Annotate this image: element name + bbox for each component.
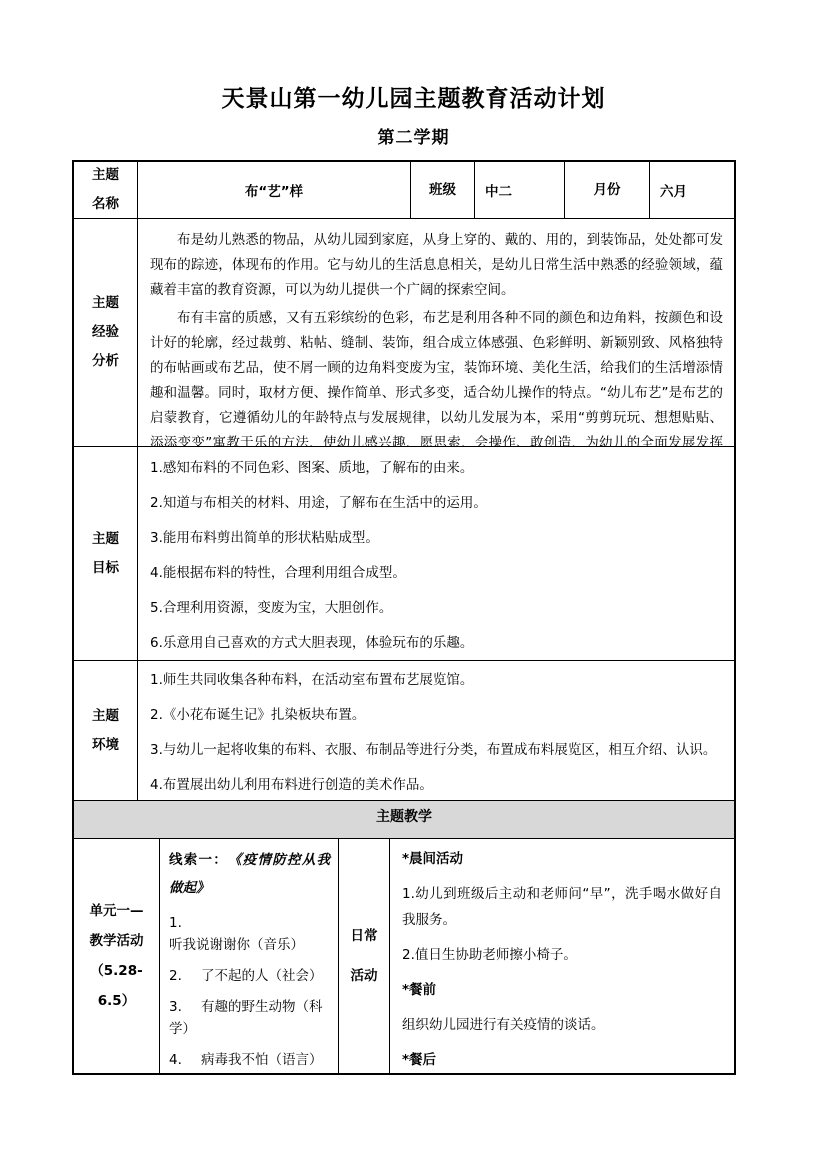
- morning-activity-item: 1.幼儿到班级后主动和老师问“早”，洗手喝水做好自我服务。: [402, 881, 722, 933]
- page-title: 天景山第一幼儿园主题教育活动计划: [0, 80, 827, 113]
- table-row-environment: 主题 环境 1.师生共同收集各种布料，在活动室布置布艺展览馆。 2.《小花布诞生…: [74, 660, 734, 800]
- table-row-unit1: 单元一— 教学活动 （5.28- 6.5） 线索一：《疫情防控从我做起》 1.听…: [74, 838, 734, 1073]
- morning-activity-heading: *晨间活动: [402, 846, 722, 872]
- environment-body: 1.师生共同收集各种布料，在活动室布置布艺展览馆。 2.《小花布诞生记》扎染板块…: [137, 661, 734, 800]
- class-value: 中二: [474, 162, 564, 218]
- activity-number: 4.: [169, 1049, 183, 1071]
- analysis-label: 主题 经验 分析: [74, 219, 137, 446]
- goal-item: 1.感知布料的不同色彩、图案、质地，了解布的由来。: [150, 458, 723, 479]
- unit1-label: 单元一— 教学活动 （5.28- 6.5）: [74, 839, 159, 1073]
- daily-activity-label: 日常 活动: [338, 839, 389, 1073]
- activity-text: 有趣的野生动物（科学）: [169, 999, 323, 1037]
- goal-item: 5.合理利用资源，变废为宝，大胆创作。: [150, 598, 723, 619]
- goal-item: 4.能根据布料的特性，合理利用组合成型。: [150, 563, 723, 584]
- table-row-teaching-banner: 主题教学: [74, 800, 734, 838]
- table-row-theme-name: 主题 名称 布“艺”样 班级 中二 月份 六月: [74, 162, 734, 218]
- clue-heading: 线索一：《疫情防控从我做起》: [169, 846, 330, 902]
- activity-number: 2.: [169, 965, 183, 987]
- activity-item: 1.听我说谢谢你（音乐）: [169, 912, 330, 956]
- environment-item: 2.《小花布诞生记》扎染板块布置。: [150, 705, 723, 726]
- clue-prefix: 线索一：: [169, 852, 228, 868]
- activity-number: 3.: [169, 996, 183, 1018]
- environment-item: 1.师生共同收集各种布料，在活动室布置布艺展览馆。: [150, 670, 723, 691]
- month-label: 月份: [564, 162, 649, 218]
- analysis-body: 布是幼儿熟悉的物品，从幼儿园到家庭，从身上穿的、戴的、用的，到装饰品，处处都可发…: [137, 219, 734, 446]
- morning-activity-item: 2.值日生协助老师擦小椅子。: [402, 942, 722, 968]
- page-subtitle: 第二学期: [0, 123, 827, 148]
- theme-name-value: 布“艺”样: [137, 162, 410, 218]
- analysis-paragraph-2: 布有丰富的质感，又有五彩缤纷的色彩，布艺是利用各种不同的颜色和边角料，按颜色和设…: [150, 306, 723, 446]
- goals-body: 1.感知布料的不同色彩、图案、质地，了解布的由来。 2.知道与布相关的材料、用途…: [137, 447, 734, 660]
- plan-table: 主题 名称 布“艺”样 班级 中二 月份 六月 主题 经验 分析 布是幼儿熟悉的…: [72, 160, 736, 1075]
- environment-item: 4.布置展出幼儿利用布料进行创造的美术作品。: [150, 775, 723, 796]
- table-row-goals: 主题 目标 1.感知布料的不同色彩、图案、质地，了解布的由来。 2.知道与布相关…: [74, 446, 734, 660]
- unit1-clue-cell: 线索一：《疫情防控从我做起》 1.听我说谢谢你（音乐） 2.了不起的人（社会） …: [159, 839, 338, 1073]
- activity-item: 3.有趣的野生动物（科学）: [169, 996, 330, 1040]
- month-value: 六月: [649, 162, 734, 218]
- analysis-paragraph-1: 布是幼儿熟悉的物品，从幼儿园到家庭，从身上穿的、戴的、用的，到装饰品，处处都可发…: [150, 228, 723, 303]
- pre-meal-heading: *餐前: [402, 977, 722, 1003]
- activity-text: 病毒我不怕（语言）: [201, 1052, 323, 1068]
- teaching-banner-text: 主题教学: [74, 801, 734, 838]
- goal-item: 6.乐意用自己喜欢的方式大胆表现，体验玩布的乐趣。: [150, 633, 723, 654]
- goals-label: 主题 目标: [74, 447, 137, 660]
- activity-item: 4.病毒我不怕（语言）: [169, 1049, 330, 1071]
- environment-label: 主题 环境: [74, 661, 137, 800]
- theme-name-label: 主题 名称: [74, 162, 137, 218]
- activity-text: 听我说谢谢你（音乐）: [169, 937, 304, 953]
- pre-meal-text: 组织幼儿园进行有关疫情的谈话。: [402, 1012, 722, 1038]
- activity-text: 了不起的人（社会）: [201, 968, 323, 984]
- goal-item: 2.知道与布相关的材料、用途，了解布在生活中的运用。: [150, 493, 723, 514]
- goal-item: 3.能用布料剪出简单的形状粘贴成型。: [150, 528, 723, 549]
- activity-number: 1.: [169, 912, 183, 934]
- environment-item: 3.与幼儿一起将收集的布料、衣服、布制品等进行分类，布置成布料展览区，相互介绍、…: [150, 740, 723, 761]
- table-row-analysis: 主题 经验 分析 布是幼儿熟悉的物品，从幼儿园到家庭，从身上穿的、戴的、用的，到…: [74, 218, 734, 446]
- class-label: 班级: [410, 162, 474, 218]
- post-meal-heading: *餐后: [402, 1047, 722, 1073]
- daily-schedule-cell: *晨间活动 1.幼儿到班级后主动和老师问“早”，洗手喝水做好自我服务。 2.值日…: [389, 839, 734, 1073]
- activity-item: 2.了不起的人（社会）: [169, 965, 330, 987]
